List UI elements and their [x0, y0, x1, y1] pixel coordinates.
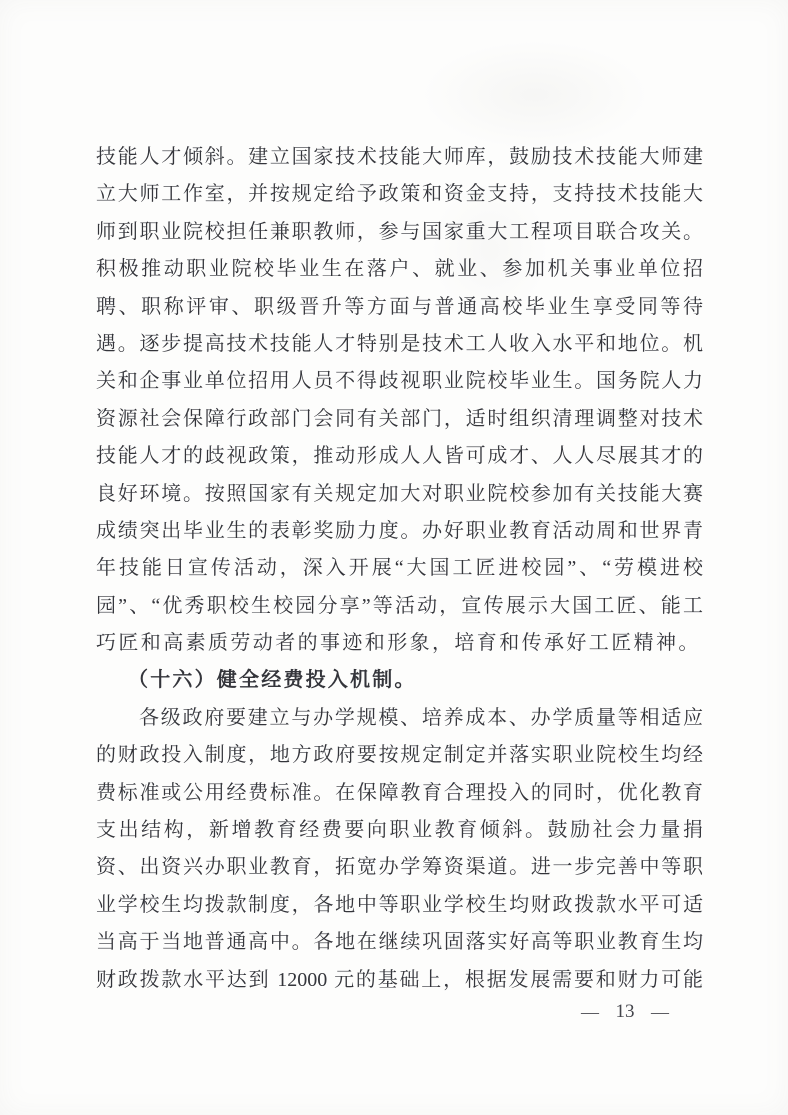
text-line: 积极推动职业院校毕业生在落户、就业、参加机关事业单位招 — [96, 251, 703, 288]
text-line: 关和企事业单位招用人员不得歧视职业院校毕业生。国务院人力 — [96, 363, 703, 400]
scan-smudge — [420, 40, 650, 150]
text-line: 支出结构，新增教育经费要向职业教育倾斜。鼓励社会力量捐 — [96, 812, 703, 849]
text-line: 遇。逐步提高技术技能人才特别是技术工人收入水平和地位。机 — [96, 326, 703, 363]
text-line: 立大师工作室，并按规定给予政策和资金支持，支持技术技能大 — [96, 176, 703, 213]
text-line: 当高于当地普通高中。各地在继续巩固落实好高等职业教育生均 — [96, 924, 703, 961]
text-line: 资源社会保障行政部门会同有关部门，适时组织清理调整对技术 — [96, 401, 703, 438]
text-line: 各级政府要建立与办学规模、培养成本、办学质量等相适应 — [96, 700, 703, 737]
text-line: 费标准或公用经费标准。在保障教育合理投入的同时，优化教育 — [96, 775, 703, 812]
document-body: 技能人才倾斜。建立国家技术技能大师库，鼓励技术技能大师建 立大师工作室，并按规定… — [96, 139, 703, 999]
page-number: — 13 — — [581, 1001, 669, 1023]
text-line: 成绩突出毕业生的表彰奖励力度。办好职业教育活动周和世界青 — [96, 513, 703, 550]
text-line: 年技能日宣传活动，深入开展“大国工匠进校园”、“劳模进校 — [96, 550, 703, 587]
text-line: 技能人才倾斜。建立国家技术技能大师库，鼓励技术技能大师建 — [96, 139, 703, 176]
page-number-dash-right: — — [651, 1001, 669, 1023]
text-line: 技能人才的歧视政策，推动形成人人皆可成才、人人尽展其才的 — [96, 438, 703, 475]
page-number-value: 13 — [616, 1001, 635, 1023]
page-number-dash-left: — — [581, 1001, 599, 1023]
text-line: 聘、职称评审、职级晋升等方面与普通高校毕业生享受同等待 — [96, 289, 703, 326]
section-heading: （十六）健全经费投入机制。 — [96, 662, 703, 699]
text-line: 园”、“优秀职校生校园分享”等活动，宣传展示大国工匠、能工 — [96, 588, 703, 625]
scanned-document-page: 技能人才倾斜。建立国家技术技能大师库，鼓励技术技能大师建 立大师工作室，并按规定… — [0, 0, 788, 1115]
text-line: 师到职业院校担任兼职教师，参与国家重大工程项目联合攻关。 — [96, 214, 703, 251]
text-line: 的财政投入制度，地方政府要按规定制定并落实职业院校生均经 — [96, 737, 703, 774]
text-line: 巧匠和高素质劳动者的事迹和形象，培育和传承好工匠精神。 — [96, 625, 703, 662]
text-line: 财政拨款水平达到 12000 元的基础上，根据发展需要和财力可能 — [96, 962, 703, 999]
text-line: 资、出资兴办职业教育，拓宽办学筹资渠道。进一步完善中等职 — [96, 849, 703, 886]
text-line: 良好环境。按照国家有关规定加大对职业院校参加有关技能大赛 — [96, 476, 703, 513]
text-line: 业学校生均拨款制度，各地中等职业学校生均财政拨款水平可适 — [96, 887, 703, 924]
